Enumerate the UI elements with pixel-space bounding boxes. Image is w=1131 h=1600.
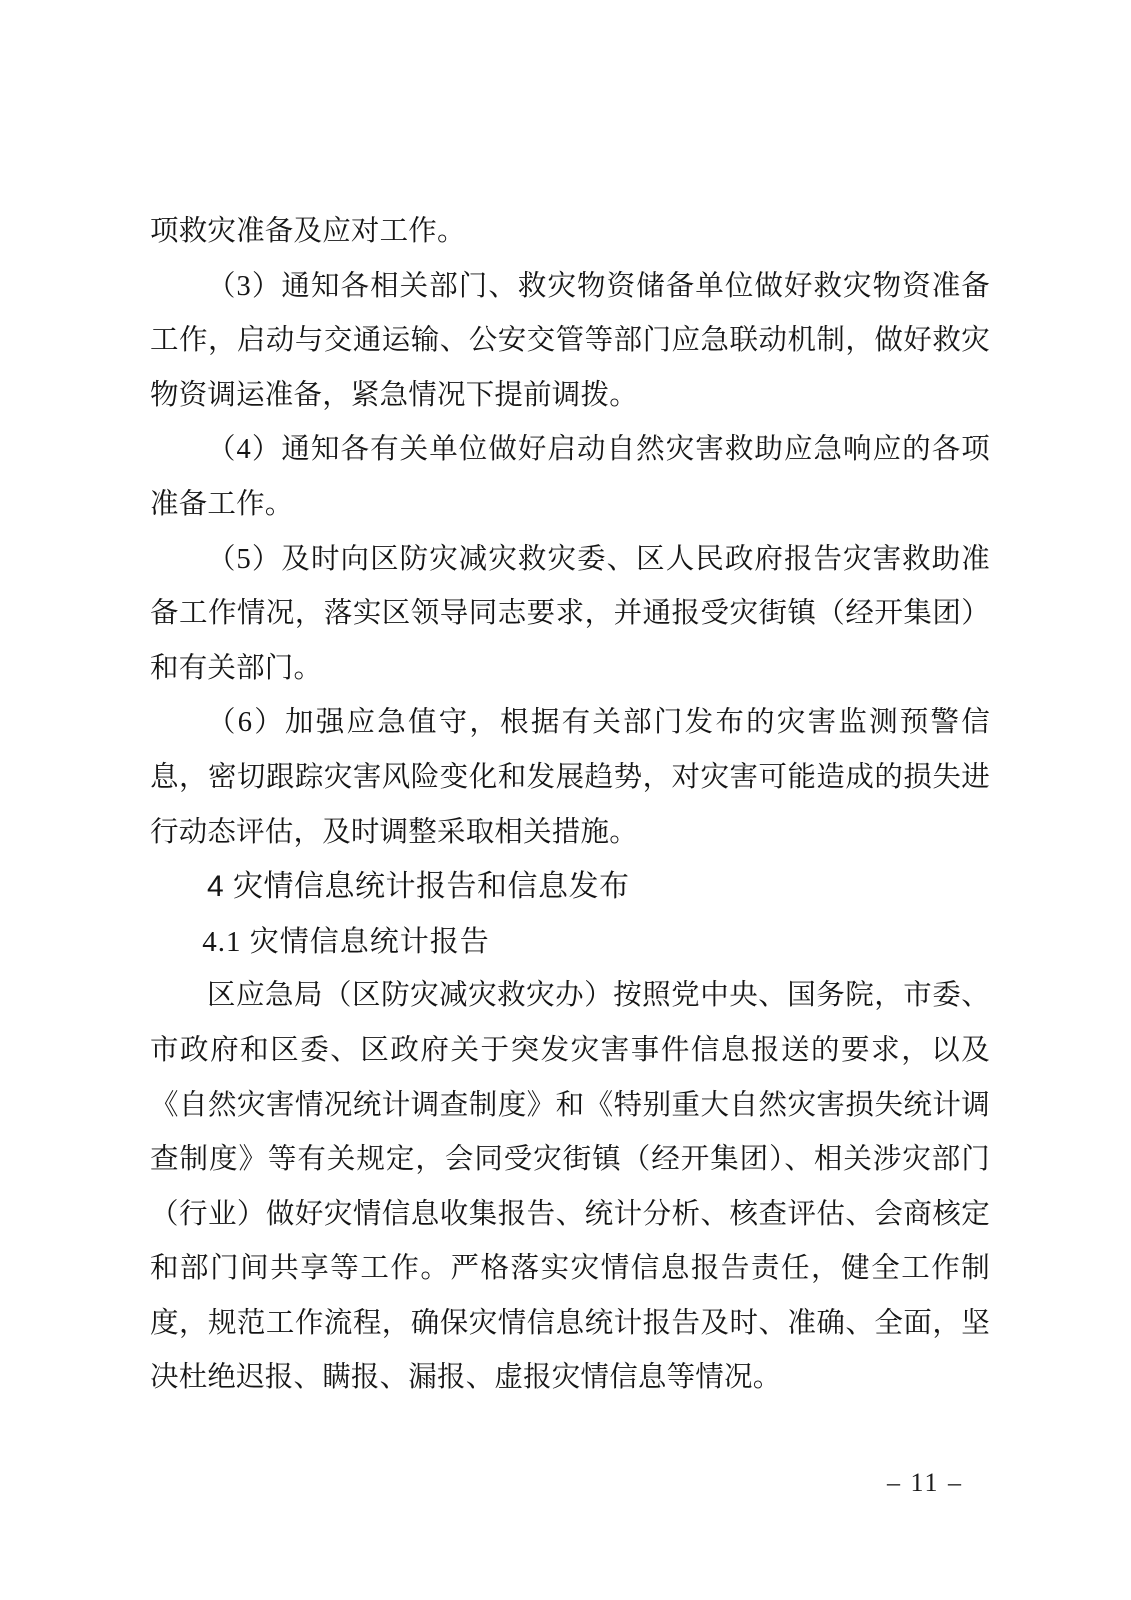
paragraph-item-5: （5）及时向区防灾减灾救灾委、区人民政府报告灾害救助准备工作情况，落实区领导同志… — [150, 533, 990, 697]
paragraph-section-4-1-body: 区应急局（区防灾减灾救灾办）按照党中央、国务院，市委、市政府和区委、区政府关于突… — [150, 969, 990, 1406]
paragraph-item-3: （3）通知各相关部门、救灾物资储备单位做好救灾物资准备工作，启动与交通运输、公安… — [150, 260, 990, 424]
page-number: – 11 – — [887, 1468, 963, 1498]
section-heading-4: 4 灾情信息统计报告和信息发布 — [150, 860, 990, 915]
document-page: 项救灾准备及应对工作。 （3）通知各相关部门、救灾物资储备单位做好救灾物资准备工… — [0, 0, 1131, 1600]
subsection-heading-4-1: 4.1 灾情信息统计报告 — [150, 915, 990, 970]
paragraph-item-6: （6）加强应急值守，根据有关部门发布的灾害监测预警信息，密切跟踪灾害风险变化和发… — [150, 696, 990, 860]
paragraph-item-4: （4）通知各有关单位做好启动自然灾害救助应急响应的各项准备工作。 — [150, 423, 990, 532]
document-body: 项救灾准备及应对工作。 （3）通知各相关部门、救灾物资储备单位做好救灾物资准备工… — [150, 205, 990, 1406]
paragraph-continuation: 项救灾准备及应对工作。 — [150, 205, 990, 260]
